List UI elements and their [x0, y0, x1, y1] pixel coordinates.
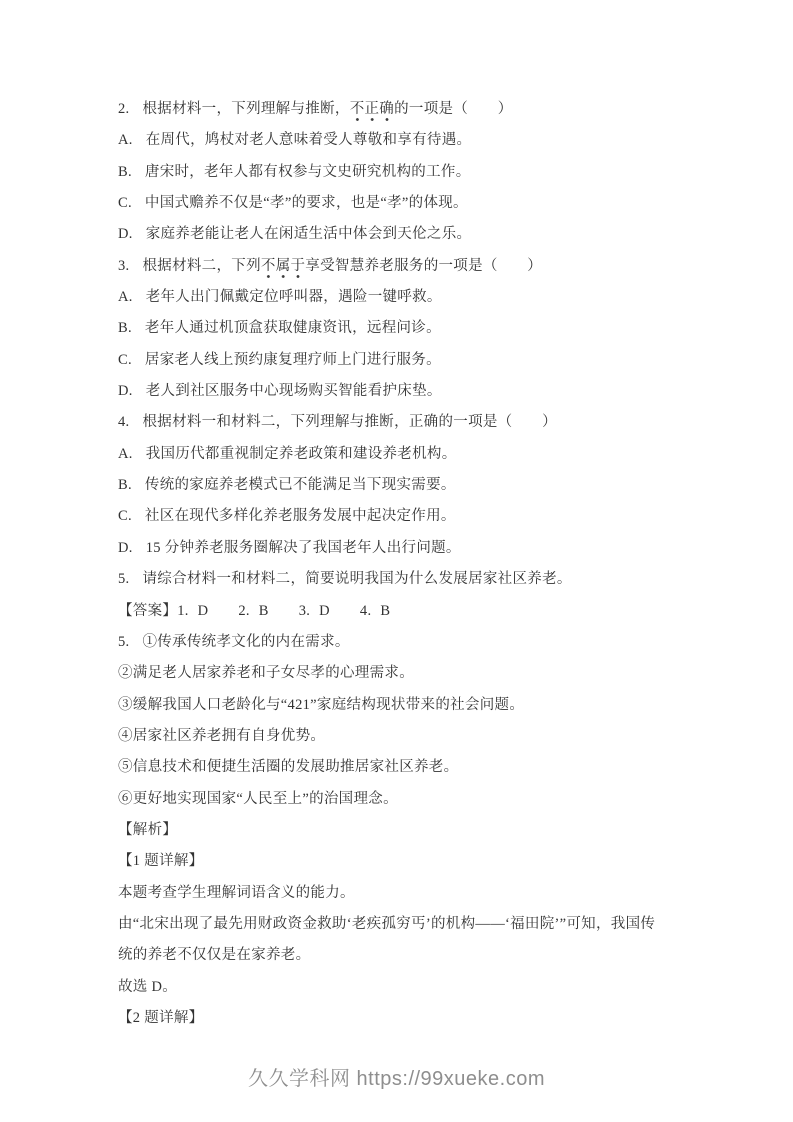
question-2-option-c: C.中国式赡养不仅是“孝”的要求，也是“孝”的体现。 [118, 188, 737, 219]
option-label: A. [118, 282, 133, 313]
question-4-number: 4. [118, 407, 129, 438]
option-label: B. [118, 470, 132, 501]
option-label: C. [118, 345, 132, 376]
question-5-stem: 5.请综合材料一和材料二，简要说明我国为什么发展居家社区养老。 [118, 564, 737, 595]
question-5-number: 5. [118, 564, 129, 595]
question-2-number: 2. [118, 94, 129, 125]
option-text: 老人到社区服务中心现场购买智能看护床垫。 [146, 383, 442, 399]
answer-5-point-text: ①传承传统孝文化的内在需求。 [142, 634, 349, 650]
answer-5-point-2: ②满足老人居家养老和子女尽孝的心理需求。 [118, 658, 737, 689]
question-4-stem-text: 根据材料一和材料二，下列理解与推断，正确的一项是（ ） [142, 414, 556, 430]
analysis-q1-header: 【1 题详解】 [118, 846, 737, 877]
option-label: C. [118, 501, 132, 532]
question-2-option-b: B.唐宋时，老年人都有权参与文史研究机构的工作。 [118, 157, 737, 188]
question-4-option-c: C.社区在现代多样化养老服务发展中起决定作用。 [118, 501, 737, 532]
watermark: 久久学科网 https://99xueke.com [0, 1062, 793, 1091]
question-3-emphasis: 不属于 [261, 258, 305, 279]
answer-5-point-text: ⑤信息技术和便捷生活圈的发展助推居家社区养老。 [118, 759, 458, 775]
option-text: 家庭养老能让老人在闲适生活中体会到天伦之乐。 [146, 226, 472, 242]
option-text: 在周代，鸠杖对老人意味着受人尊敬和享有待遇。 [146, 132, 472, 148]
option-label: C. [118, 188, 132, 219]
answer-prefix: 【答案】 [118, 603, 177, 619]
question-3-option-d: D.老人到社区服务中心现场购买智能看护床垫。 [118, 376, 737, 407]
question-2-option-a: A.在周代，鸠杖对老人意味着受人尊敬和享有待遇。 [118, 125, 737, 156]
question-2-stem-post: 的一项是（ ） [394, 101, 512, 117]
analysis-q1-line-3: 统的养老不仅仅是在家养老。 [118, 940, 737, 971]
answer-5-point-1: 5.①传承传统孝文化的内在需求。 [118, 627, 737, 658]
answer-5-point-4: ④居家社区养老拥有自身优势。 [118, 721, 737, 752]
question-3-stem-pre: 根据材料二，下列 [142, 258, 260, 274]
question-3-option-a: A.老年人出门佩戴定位呼叫器，遇险一键呼救。 [118, 282, 737, 313]
option-label: A. [118, 439, 133, 470]
answer-5-point-text: ②满足老人居家养老和子女尽孝的心理需求。 [118, 665, 414, 681]
analysis-q1-line-2: 由“北宋出现了最先用财政资金救助‘老疾孤穷丐’的机构——‘福田院’”可知，我国传 [118, 909, 737, 940]
analysis-text: 统的养老不仅仅是在家养老。 [118, 947, 310, 963]
analysis-text: 故选 D。 [118, 979, 177, 995]
option-text: 老年人出门佩戴定位呼叫器，遇险一键呼救。 [146, 289, 442, 305]
analysis-text: 由“北宋出现了最先用财政资金救助‘老疾孤穷丐’的机构——‘福田院’”可知，我国传 [118, 916, 655, 932]
question-2-stem: 2.根据材料一，下列理解与推断，不正确的一项是（ ） [118, 94, 737, 125]
answer-item-4: 4. B [360, 596, 390, 627]
answer-5-point-text: ④居家社区养老拥有自身优势。 [118, 728, 325, 744]
question-3-stem-post: 享受智慧养老服务的一项是（ ） [305, 258, 542, 274]
question-4-stem: 4.根据材料一和材料二，下列理解与推断，正确的一项是（ ） [118, 407, 737, 438]
analysis-q1-header-text: 【1 题详解】 [118, 853, 203, 869]
option-label: B. [118, 313, 132, 344]
analysis-q1-line-4: 故选 D。 [118, 972, 737, 1003]
answer-5-point-3: ③缓解我国人口老龄化与“421”家庭结构现状带来的社会问题。 [118, 690, 737, 721]
option-text: 社区在现代多样化养老服务发展中起决定作用。 [145, 508, 456, 524]
answer-5-point-text: ③缓解我国人口老龄化与“421”家庭结构现状带来的社会问题。 [118, 697, 524, 713]
question-4-option-b: B.传统的家庭养老模式已不能满足当下现实需要。 [118, 470, 737, 501]
option-text: 唐宋时，老年人都有权参与文史研究机构的工作。 [145, 164, 471, 180]
answer-item-3: 3. D [299, 596, 330, 627]
answer-item-1: 1. D [177, 596, 208, 627]
question-2-option-d: D.家庭养老能让老人在闲适生活中体会到天伦之乐。 [118, 219, 737, 250]
answer-line: 【答案】1. D2. B3. D4. B [118, 596, 737, 627]
option-text: 老年人通过机顶盒获取健康资讯，远程问诊。 [145, 320, 441, 336]
question-3-number: 3. [118, 251, 129, 282]
question-5-stem-text: 请综合材料一和材料二，简要说明我国为什么发展居家社区养老。 [142, 571, 571, 587]
analysis-q2-header: 【2 题详解】 [118, 1003, 737, 1034]
answer-5-number: 5. [118, 627, 129, 658]
analysis-header: 【解析】 [118, 815, 737, 846]
option-label: D. [118, 219, 133, 250]
analysis-q1-line-1: 本题考查学生理解词语含义的能力。 [118, 878, 737, 909]
question-4-option-d: D.15 分钟养老服务圈解决了我国老年人出行问题。 [118, 533, 737, 564]
answer-item-2: 2. B [238, 596, 268, 627]
option-label: A. [118, 125, 133, 156]
option-text: 中国式赡养不仅是“孝”的要求，也是“孝”的体现。 [145, 195, 468, 211]
answer-5-point-5: ⑤信息技术和便捷生活圈的发展助推居家社区养老。 [118, 752, 737, 783]
analysis-text: 本题考查学生理解词语含义的能力。 [118, 885, 355, 901]
question-3-stem: 3.根据材料二，下列不属于享受智慧养老服务的一项是（ ） [118, 251, 737, 282]
answer-5-point-6: ⑥更好地实现国家“人民至上”的治国理念。 [118, 784, 737, 815]
question-2-emphasis: 不正确 [350, 101, 394, 122]
document-content: 2.根据材料一，下列理解与推断，不正确的一项是（ ） A.在周代，鸠杖对老人意味… [0, 0, 793, 1034]
question-3-option-c: C.居家老人线上预约康复理疗师上门进行服务。 [118, 345, 737, 376]
option-label: B. [118, 157, 132, 188]
option-text: 15 分钟养老服务圈解决了我国老年人出行问题。 [146, 540, 461, 556]
question-3-option-b: B.老年人通过机顶盒获取健康资讯，远程问诊。 [118, 313, 737, 344]
analysis-header-text: 【解析】 [118, 822, 177, 838]
option-text: 传统的家庭养老模式已不能满足当下现实需要。 [145, 477, 456, 493]
watermark-text: 久久学科网 https://99xueke.com [248, 1068, 545, 1090]
analysis-q2-header-text: 【2 题详解】 [118, 1010, 203, 1026]
question-2-stem-pre: 根据材料一，下列理解与推断， [142, 101, 349, 117]
option-label: D. [118, 533, 133, 564]
question-4-option-a: A.我国历代都重视制定养老政策和建设养老机构。 [118, 439, 737, 470]
option-text: 居家老人线上预约康复理疗师上门进行服务。 [145, 352, 441, 368]
option-label: D. [118, 376, 133, 407]
option-text: 我国历代都重视制定养老政策和建设养老机构。 [146, 446, 457, 462]
answer-5-point-text: ⑥更好地实现国家“人民至上”的治国理念。 [118, 791, 398, 807]
